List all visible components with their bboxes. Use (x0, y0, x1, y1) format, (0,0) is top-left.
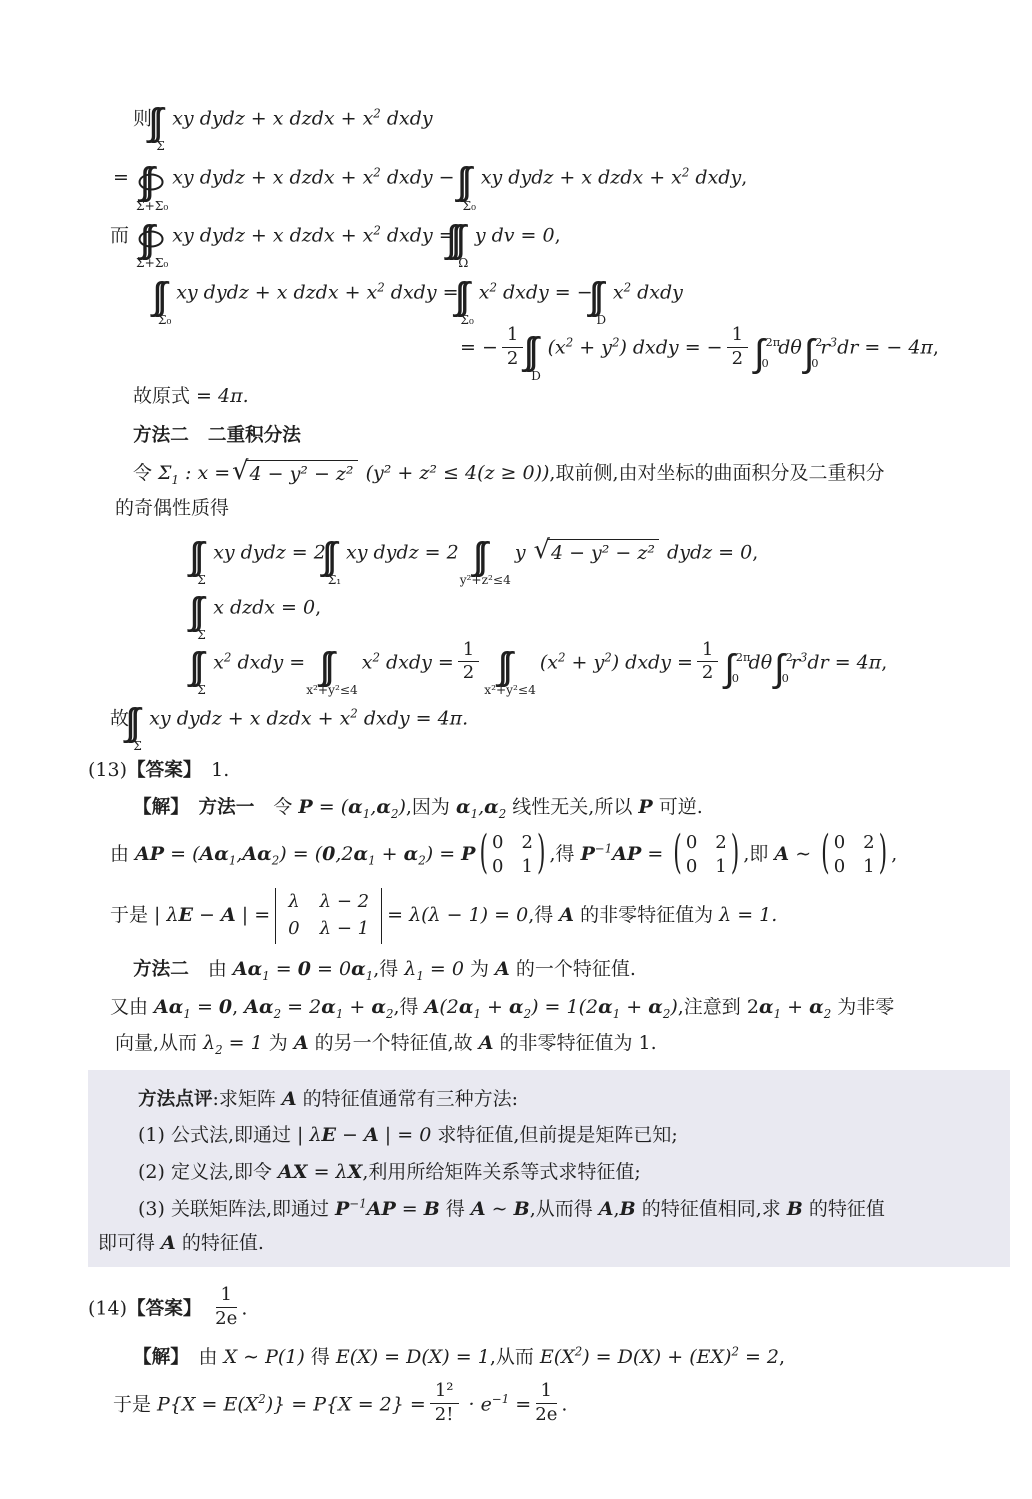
bold-math-run: α (351, 958, 366, 980)
text-run: (2) 定义法,即令 (138, 1161, 278, 1183)
math-run: (y² + z² ≤ 4(z ≥ 0)) (360, 462, 550, 484)
bold-math-run: α (456, 796, 471, 818)
text-run: 令 (133, 462, 158, 484)
text-run: ,因为 (406, 796, 456, 818)
math-run: ) dxdy = − (619, 337, 722, 359)
text-run: 故原式 (133, 385, 196, 407)
text-run: 由 (110, 843, 135, 865)
text-run: ,得 (393, 996, 424, 1018)
formula-line-1: 则∫∫Σxy dydz + x dzdx + x2 dxdy (133, 96, 1012, 143)
bold-math-run: AX (278, 1161, 307, 1183)
bold-math-run: α (459, 996, 474, 1018)
radical: √4 − y² − z² (534, 539, 659, 565)
text-run: 的特征值 (803, 1198, 885, 1220)
math-run: x (613, 282, 624, 304)
math-run: = 1 (223, 1032, 263, 1054)
text-run: 得 (440, 1198, 471, 1220)
math-run: dθ (749, 652, 773, 674)
bold-math-run: α (648, 996, 663, 1018)
math-run: = (270, 958, 298, 980)
math-run: | = (236, 904, 270, 926)
superscript: 2 (373, 166, 381, 180)
math-run: Σ (158, 462, 171, 484)
math-run: x dzdx = 0 (213, 597, 315, 619)
math-run: x (213, 652, 224, 674)
fraction: 12e (535, 1381, 557, 1426)
setup-line-cont: 的奇偶性质得 (115, 493, 1012, 520)
fraction: 12e (215, 1285, 237, 1330)
math-run: = − (460, 337, 498, 359)
math-run: | = 0 (379, 1124, 432, 1146)
text-run: , (741, 167, 747, 189)
matrix-equation-line: 由 AP = (Aα1,Aα2) = (0,2α1 + α2) = P(0201… (110, 833, 1012, 877)
bold-math-run: Aα (154, 996, 183, 1018)
bold-label: 方法二 (133, 425, 189, 446)
text-run: , (779, 1346, 785, 1368)
big-integral-operator: ∫∫Σ (194, 594, 209, 641)
math-run: (x (548, 337, 566, 359)
math-run: xy dydz = 2 (346, 541, 459, 563)
text-run: 的特征值相同,求 (636, 1198, 787, 1220)
bold-math-run: B (787, 1198, 803, 1220)
math-run: = 2 (281, 996, 321, 1018)
big-integral-operator: ∫∫Σ (153, 105, 168, 152)
bold-math-run: E (322, 1124, 336, 1146)
text-run: 向量,从而 (115, 1032, 203, 1054)
bold-math-run: AP (367, 1198, 396, 1220)
math-run: ) (670, 996, 677, 1018)
math-run: + y (565, 652, 604, 674)
text-run: 的奇偶性质得 (115, 497, 229, 519)
bold-math-run: P (638, 796, 652, 818)
math-run: + y (573, 337, 612, 359)
bold-math-run: A (495, 958, 510, 980)
bold-math-run: α (321, 996, 336, 1018)
bold-label: 【答案】 (127, 1299, 192, 1320)
math-run: = ( (313, 796, 348, 818)
text-run: (3) 关联矩阵法,即通过 (138, 1198, 335, 1220)
math-run: = (396, 1198, 424, 1220)
math-run: ) (398, 796, 405, 818)
text-run: , (933, 337, 939, 359)
math-run: − (336, 1124, 364, 1146)
answer-14: (14)【答案】 12e. (88, 1287, 1012, 1332)
bold-math-run: 0 (298, 958, 311, 980)
big-integral-operator: ∫∫x²+y²≤4 (484, 649, 536, 696)
formula-line-8: ∫∫Σx2 dxdy =∫∫x²+y²≤4x2 dxdy =12∫∫x²+y²≤… (193, 640, 1012, 687)
text-run: (13) (88, 759, 127, 781)
text-run: ,得 (373, 958, 404, 980)
math-run: dxdy = − (497, 282, 593, 304)
formula-line-3: 而 ∫∫Σ+Σ₀xy dydz + x dzdx + x2 dxdy =∫∫∫Ω… (110, 213, 1012, 260)
big-integral-operator: ∫∫Σ₁ (327, 539, 342, 586)
subscript: 1 (368, 853, 376, 867)
subscript: 2 (215, 1042, 223, 1056)
method2-derivation: 又由 Aα1 = 0, Aα2 = 2α1 + α2,得 A(2α1 + α2)… (110, 992, 1012, 1021)
text-run (180, 796, 199, 818)
math-run: X ∼ P(1) (224, 1346, 305, 1368)
math-run: ) = ( (279, 843, 322, 865)
math-run: = ( (164, 843, 199, 865)
superscript: −1 (349, 1197, 366, 1211)
big-integral-operator: ∫∫Σ₀ (460, 279, 475, 326)
math-run: = λ(λ − 1) = 0 (387, 904, 528, 926)
math-run: xy dydz + x dzdx + x (172, 167, 373, 189)
big-integral-operator: ∫∫Σ+Σ₀ (136, 222, 168, 269)
math-run: xy dydz + x dzdx + x (149, 707, 350, 729)
method-note-box: 方法点评:求矩阵 A 的特征值通常有三种方法: (1) 公式法,即通过 | λE… (88, 1070, 1010, 1267)
matrix: (0201) (672, 833, 740, 877)
note-item-3-cont: 即可得 A 的特征值. (98, 1228, 998, 1255)
answer-13: (13)【答案】 1. (88, 755, 1012, 782)
radical: √4 − y² − z² (232, 460, 357, 486)
subscript: 2 (418, 853, 426, 867)
text-run: (1) 公式法,即通过 (138, 1124, 297, 1146)
math-run: − (193, 904, 221, 926)
math-run: dxdy (631, 282, 683, 304)
determinant-line: 于是 | λE − A | =λλ − 20λ − 1= λ(λ − 1) = … (110, 888, 1012, 944)
text-run: ,利用所给矩阵关系等式求特征值; (362, 1161, 640, 1183)
bold-math-run: A (221, 904, 236, 926)
bold-math-run: AP (612, 843, 641, 865)
math-run: dxdy (689, 167, 741, 189)
text-run: , (881, 652, 887, 674)
note-item-1: (1) 公式法,即通过 | λE − A | = 0 求特征值,但前提是矩阵已知… (138, 1120, 998, 1147)
superscript: 2 (373, 106, 381, 120)
math-run: ,2 (335, 843, 353, 865)
superscript: 2 (489, 280, 497, 294)
math-run: P{X = E(X (157, 1393, 258, 1415)
math-run: λ (203, 1032, 215, 1054)
text-run: , (891, 843, 897, 865)
bold-math-run: 0 (219, 996, 232, 1018)
text-run: 即可得 (98, 1232, 161, 1254)
bold-math-run: α (376, 796, 391, 818)
text-run: 的另一个特征值,故 (309, 1032, 479, 1054)
determinant: λλ − 20λ − 1 (275, 888, 382, 944)
subscript: 1 (471, 807, 479, 821)
text-run: , (315, 597, 321, 619)
note-item-2: (2) 定义法,即令 AX = λX,利用所给矩阵关系等式求特征值; (138, 1157, 998, 1184)
math-run: xy dydz + x dzdx + x (176, 282, 377, 304)
big-integral-operator: ∫∫D (528, 334, 543, 381)
text-run: ,得 (528, 904, 559, 926)
superscript: 2 (350, 706, 358, 720)
bold-math-run: AP (135, 843, 164, 865)
math-run: ) dxdy = (612, 652, 693, 674)
math-run: xy dydz + x dzdx + x (481, 167, 682, 189)
text-run: ,得 (550, 843, 581, 865)
math-run: ) = D(X) + (EX) (582, 1346, 731, 1368)
conclusion-method2: 故∫∫Σxy dydz + x dzdx + x2 dxdy = 4π. (110, 696, 1012, 743)
math-run: dxdy = (381, 224, 455, 246)
superscript: 2 (731, 1344, 739, 1358)
text-run: , (555, 224, 561, 246)
math-run: ∼ (789, 843, 817, 865)
big-integral-operator: ∫∫y²+z²≤4 (460, 539, 511, 586)
bold-math-run: X (348, 1161, 363, 1183)
math-run: xy dydz + x dzdx + x (172, 224, 373, 246)
text-run: 1. (192, 759, 229, 781)
math-run: λ = 1. (719, 904, 777, 926)
bold-math-run: A (559, 904, 574, 926)
math-run: λ (404, 958, 416, 980)
conclusion-method1: 故原式 = 4π. (133, 381, 1012, 408)
bold-math-run: P (581, 843, 595, 865)
text-run: 为 (464, 958, 495, 980)
math-run: dxdy (381, 108, 433, 130)
bold-math-run: A (282, 1088, 297, 1110)
bold-math-run: α (809, 996, 824, 1018)
text-run: 的非零特征值为 (574, 904, 719, 926)
math-run: y (515, 541, 532, 563)
bold-math-run: P (461, 843, 475, 865)
subscript: 1 (183, 1007, 191, 1021)
formula-line-4: ∫∫Σ₀xy dydz + x dzdx + x2 dxdy =∫∫Σ₀x2 d… (156, 270, 1012, 317)
superscript: 3 (830, 336, 838, 350)
math-run: dxdy = (231, 652, 305, 674)
big-integral-operator: ∫∫D (594, 279, 609, 326)
superscript: 2 (624, 280, 632, 294)
bold-math-run: 0 (322, 843, 335, 865)
definite-integral: ∫20 (774, 650, 789, 686)
math-run: + (481, 996, 509, 1018)
text-run: . (561, 1393, 567, 1415)
text-run: 故 (110, 707, 129, 729)
bold-math-run: α (759, 996, 774, 1018)
bold-math-run: α (371, 996, 386, 1018)
math-run: + (620, 996, 648, 1018)
solution-14: 【解】 由 X ∼ P(1) 得 E(X) = D(X) = 1,从而 E(X2… (133, 1342, 1012, 1369)
math-run: y dv = 0 (475, 224, 555, 246)
superscript: 2 (377, 280, 385, 294)
bold-label: 二重积分法 (208, 425, 301, 446)
math-run: = (509, 1393, 531, 1415)
math-run: + (376, 843, 404, 865)
subscript: 2 (524, 1007, 532, 1021)
math-run: = (113, 167, 135, 189)
formula-line-2: = ∫∫Σ+Σ₀xy dydz + x dzdx + x2 dxdy − ∫∫Σ… (113, 155, 1012, 202)
bold-label: 【解】 (133, 1347, 180, 1368)
definite-integral: ∫2π0 (754, 335, 776, 371)
superscript: −1 (595, 841, 612, 855)
math-run: dxdy = (380, 652, 454, 674)
note-title-line: 方法点评:求矩阵 A 的特征值通常有三种方法: (138, 1084, 998, 1111)
formula-line-7: ∫∫Σx dzdx = 0, (193, 585, 1012, 632)
text-run (189, 424, 208, 446)
math-run: dydz = 0 (661, 541, 752, 563)
fraction: 12 (697, 640, 718, 685)
text-run: 可逆. (653, 796, 703, 818)
text-run: 的特征值通常有三种方法: (297, 1088, 518, 1110)
bold-math-run: A (479, 1032, 494, 1054)
math-run: dxdy = 4π. (358, 707, 468, 729)
bold-label: 【解】 (133, 797, 180, 818)
text-run: ,从而 (490, 1346, 540, 1368)
math-run: + (343, 996, 371, 1018)
text-run: ,取前侧,由对坐标的曲面积分及二重积分 (549, 462, 884, 484)
math-run: E(X) = D(X) = 1 (336, 1346, 490, 1368)
bold-math-run: α (404, 843, 419, 865)
subscript: 1 (262, 969, 270, 983)
bold-math-run: P (298, 796, 312, 818)
text-run: . (241, 1298, 247, 1320)
text-run: ,从而得 (530, 1198, 599, 1220)
text-run: ,注意到 2 (678, 996, 759, 1018)
text-run: 线性无关,所以 (506, 796, 638, 818)
text-run (192, 1298, 211, 1320)
big-integral-operator: ∫∫∫Ω (456, 222, 471, 269)
math-run: · e (463, 1393, 492, 1415)
math-run: x (362, 652, 373, 674)
fraction: 1²2! (430, 1381, 459, 1426)
subscript: 1 (473, 1007, 481, 1021)
text-run: 于是 (110, 904, 154, 926)
math-run: )} = P{X = 2} = (266, 1393, 426, 1415)
bold-math-run: α (484, 796, 499, 818)
superscript: −1 (492, 1392, 509, 1406)
text-run: 求特征值,但前提是矩阵已知; (431, 1124, 677, 1146)
math-run: ∼ (486, 1198, 514, 1220)
big-integral-operator: ∫∫Σ (130, 705, 145, 752)
text-run: 又由 (110, 996, 154, 1018)
bold-math-run: B (514, 1198, 530, 1220)
bold-math-run: E (179, 904, 193, 926)
big-integral-operator: ∫∫x²+y²≤4 (306, 649, 358, 696)
math-run: dr = 4π (807, 652, 881, 674)
superscript: 2 (258, 1392, 266, 1406)
bold-math-run: P (335, 1198, 349, 1220)
bold-math-run: A (294, 1032, 309, 1054)
text-run: 由 (180, 1346, 224, 1368)
text-run: 的非零特征值为 1. (493, 1032, 656, 1054)
bold-math-run: A (471, 1198, 486, 1220)
math-run: dxdy = (385, 282, 459, 304)
big-integral-operator: ∫∫Σ+Σ₀ (136, 164, 168, 211)
math-run: dθ (778, 337, 802, 359)
matrix: (0201) (820, 833, 888, 877)
bold-label: 方法一 (199, 797, 255, 818)
text-run: 得 (305, 1346, 336, 1368)
subscript: 2 (274, 1007, 282, 1021)
math-run: = λ (308, 1161, 348, 1183)
superscript: 2 (373, 223, 381, 237)
document-page: 则∫∫Σxy dydz + x dzdx + x2 dxdy = ∫∫Σ+Σ₀x… (0, 0, 1032, 1427)
math-run: xy dydz + x dzdx + x (172, 108, 373, 130)
bold-math-run: Aα (200, 843, 229, 865)
big-integral-operator: ∫∫Σ (194, 649, 209, 696)
text-run: (14) (88, 1298, 127, 1320)
math-run: = (641, 843, 669, 865)
text-run: 而 (110, 224, 135, 246)
bold-label: 【答案】 (127, 760, 192, 781)
bold-math-run: Aα (244, 996, 273, 1018)
matrix: (0201) (478, 833, 546, 877)
big-integral-operator: ∫∫Σ₀ (157, 279, 172, 326)
bold-math-run: B (620, 1198, 636, 1220)
bold-math-run: B (424, 1198, 440, 1220)
text-run: 由 (189, 958, 233, 980)
bold-label: 方法点评 (138, 1089, 212, 1110)
fraction: 12 (727, 325, 748, 370)
math-run: = (191, 996, 219, 1018)
note-item-3: (3) 关联矩阵法,即通过 P−1AP = B 得 A ∼ B,从而得 A,B … (138, 1194, 998, 1221)
solution-13-method1: 【解】 方法一 令 P = (α1,α2),因为 α1,α2 线性无关,所以 P… (133, 792, 1012, 821)
bold-math-run: α (598, 996, 613, 1018)
text-run: :求矩阵 (212, 1088, 281, 1110)
math-run: = 2 (739, 1346, 779, 1368)
bold-math-run: Aα (233, 958, 262, 980)
big-integral-operator: ∫∫Σ (194, 539, 209, 586)
math-run: dxdy − (381, 167, 461, 189)
bold-math-run: Aα (242, 843, 271, 865)
math-run: = 0 (311, 958, 351, 980)
subscript: 1 (171, 473, 179, 487)
fraction: 12 (458, 640, 479, 685)
math-run: dr = − 4π (837, 337, 933, 359)
text-run: 为 (263, 1032, 294, 1054)
subscript: 1 (774, 1007, 782, 1021)
text-run: ,即 (743, 843, 774, 865)
text-run: , (752, 541, 758, 563)
method2-conclusion: 向量,从而 λ2 = 1 为 A 的另一个特征值,故 A 的非零特征值为 1. (115, 1028, 1012, 1057)
big-integral-operator: ∫∫Σ₀ (462, 164, 477, 211)
text-run: 的一个特征值. (510, 958, 636, 980)
bold-math-run: A (599, 1198, 614, 1220)
math-run: | λ (297, 1124, 321, 1146)
formula-line-5: = −12∫∫D(x2 + y2) dxdy = −12∫2π0dθ∫20r3d… (460, 325, 1012, 372)
superscript: 2 (604, 651, 612, 665)
bold-math-run: α (354, 843, 369, 865)
subscript: 1 (416, 969, 424, 983)
math-run: E(X (540, 1346, 575, 1368)
bold-math-run: A (161, 1232, 176, 1254)
text-run: 的特征值. (176, 1232, 264, 1254)
text-run: 令 (254, 796, 298, 818)
fraction: 12 (502, 325, 523, 370)
text-run: 为非零 (831, 996, 894, 1018)
math-run: = 0 (424, 958, 464, 980)
bold-math-run: α (348, 796, 363, 818)
formula-line-6: ∫∫Σxy dydz = 2∫∫Σ₁xy dydz = 2∫∫y²+z²≤4y … (193, 530, 1012, 577)
definite-integral: ∫20 (804, 335, 819, 371)
method2-header: 方法二 二重积分法 (133, 420, 1012, 447)
solution-13-method2: 方法二 由 Aα1 = 0 = 0α1,得 λ1 = 0 为 A 的一个特征值. (133, 954, 1012, 983)
solution-14-final: 于是 P{X = E(X2)} = P{X = 2} =1²2! · e−1 =… (113, 1383, 1012, 1428)
math-run: xy dydz = 2 (213, 541, 326, 563)
text-run: 则 (133, 108, 152, 130)
math-run: = 4π. (196, 385, 249, 407)
bold-label: 方法二 (133, 959, 189, 980)
text-run: , (232, 996, 244, 1018)
math-run: : x = (179, 462, 230, 484)
setup-line: 令 Σ1 : x =√4 − y² − z² (y² + z² ≤ 4(z ≥ … (133, 458, 1012, 487)
bold-math-run: A (774, 843, 789, 865)
math-run: (2 (439, 996, 459, 1018)
text-run: 于是 (113, 1393, 157, 1415)
bold-math-run: A (364, 1124, 379, 1146)
math-run: ) = 1(2 (531, 996, 598, 1018)
math-run: x (479, 282, 490, 304)
math-run: ) = (426, 843, 461, 865)
math-run: | λ (154, 904, 178, 926)
math-run: + (781, 996, 809, 1018)
bold-math-run: α (509, 996, 524, 1018)
superscript: 2 (372, 651, 380, 665)
math-run: (x (540, 652, 558, 674)
bold-math-run: A (425, 996, 440, 1018)
definite-integral: ∫2π0 (724, 650, 746, 686)
